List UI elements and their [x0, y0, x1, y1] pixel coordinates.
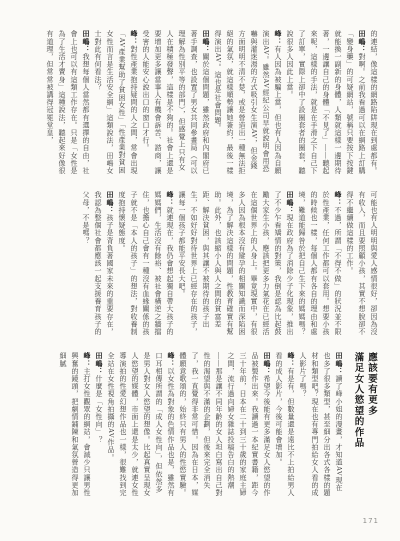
dialogue-paragraph: 田嶋：關於這個問題，雖然政府和內閣府已著手調查，也設置了男女共同參畫局（可以理解… [140, 30, 212, 176]
scanned-book-page: 的連結，像這樣的網路陷阱現在到處都有。田嶋：對啊。之前我看過可以在網路上訂購「變… [0, 0, 400, 541]
dialogue-paragraph: 峰：有人因為被騙上當，但也有人因為自願演出AV。雖然AV經紀公司早就說明會用恐嚇… [212, 30, 284, 176]
text-area: 的連結，像這樣的網路陷阱現在到處都有。田嶋：對啊。之前我看過可以在網路上訂購「變… [30, 30, 380, 513]
speaker-label: 田嶋： [106, 191, 114, 214]
dialogue-paragraph: 的連結，像這樣的網路陷阱現在到處都有。 [368, 30, 380, 176]
dialogue-paragraph: 田嶋：對啊。之前我看過可以在網路上訂購「變身藥」的可疑網站，號稱只要按下按鍵就能… [284, 30, 368, 176]
speaker-label: 峰： [287, 352, 295, 367]
speaker-label: 田嶋： [335, 352, 343, 375]
text-band-bottom: 應該要有更多滿足女人慾望的作品 田嶋：讀了峰小姐的漫畫，才知道AV現在也多了很多… [30, 352, 380, 498]
dialogue-paragraph: 峰：以女性為對象的色情作品也是，雖然有口耳相傳所謂的「成人女性向」，但依然多是男… [105, 352, 177, 498]
speaker-label: 田嶋： [202, 30, 210, 53]
speaker-label: 田嶋： [82, 30, 90, 53]
dialogue-paragraph: 田嶋：現在政府為了消除少子化現象，推出了不少乍看矯情的對策，我倒是認為比起鼓勵大… [176, 191, 296, 337]
speaker-label: 峰： [167, 352, 175, 367]
dialogue-paragraph: 田嶋：孩子是背負著國家未來的重要存在，我認為整個社會都應該一起支援養育孩子的父母… [80, 191, 116, 337]
dialogue-paragraph: 田嶋：什麼是「女性向」？ [93, 352, 105, 498]
speaker-label: 峰： [130, 30, 138, 45]
dialogue-paragraph: 峰：有是有，但數量還是遠比不上拍給男人看的成人影片，今後可能會增加。 [273, 352, 297, 498]
speaker-label: 峰： [83, 352, 91, 367]
speaker-label: 田嶋： [286, 191, 294, 214]
speaker-label: 峰： [274, 30, 282, 45]
dialogue-paragraph: 田嶋：讀了峰小姐的漫畫，才知道AV現在也多了很多類型，甚至細分出各式各樣的題材和… [297, 352, 345, 498]
speaker-label: 田嶋： [358, 30, 366, 53]
dialogue-paragraph: 可能也有人明明與愛人感情很好，卻因為沒有收入，而且要照顧小孩，其實不想脫卻不得不… [344, 191, 380, 337]
speaker-label: 峰： [166, 191, 174, 206]
dialogue-paragraph: 峰：對性產業抱持疑問的人之間，常會出現「AV產業幫助了貧困女性」「性產業對貧困女… [92, 30, 140, 176]
dialogue-paragraph: 峰：不過，所謂「不得不做」的狀況並不限於性產業，任何工作都可以套用。想要小孩的時… [296, 191, 344, 337]
speaker-label: 田嶋： [263, 352, 271, 375]
page-number: 171 [363, 517, 379, 525]
section-heading: 應該要有更多滿足女人慾望的作品 [350, 352, 377, 498]
dialogue-paragraph: 田嶋：希望今後能有更多滿足女人慾望的作品被製作出來。我讀過一本紀實書籍，距今三十… [177, 352, 273, 498]
dialogue-paragraph: 峰：就連現在，我仍會想起獨自帶大孩子的媽媽們，生活沒有餘裕、被社會橫逆之牆擋住，… [116, 191, 176, 337]
dialogue-paragraph: 峰：主打女性觀眾的網站，會減少只讓男性興奮的鏡頭，把劇情鋪陳和氣氛營造得更加細膩 [57, 352, 93, 498]
text-band-top: 的連結，像這樣的網路陷阱現在到處都有。田嶋：對啊。之前我看過可以在網路上訂購「變… [30, 30, 380, 176]
speaker-label: 田嶋： [95, 352, 103, 375]
speaker-label: 峰： [334, 191, 342, 206]
section-heading-line2: 滿足女人慾望的作品 [353, 352, 363, 448]
text-band-middle: 可能也有人明明與愛人感情很好，卻因為沒有收入，而且要照顧小孩，其實不想脫卻不得不… [30, 191, 380, 337]
section-heading-line1: 應該要有更多 [366, 352, 376, 416]
dialogue-paragraph: 田嶋：我想每個人當然都有選擇的自由，社會上也可以有這類工作存在。只是「女性是為了… [44, 30, 92, 176]
